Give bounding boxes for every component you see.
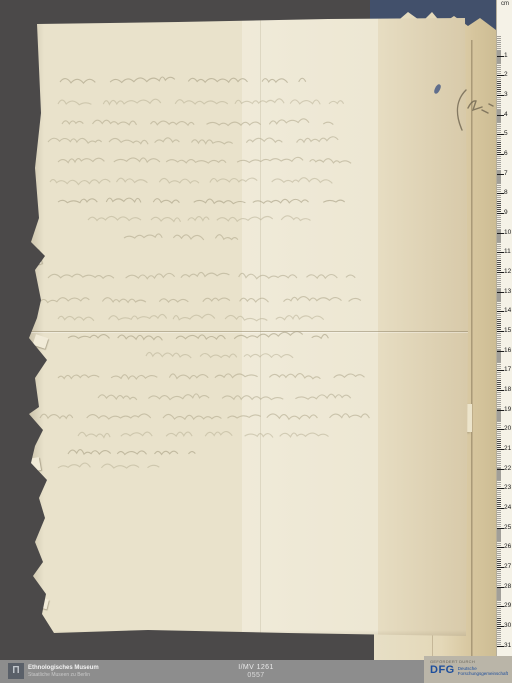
ruler-number: 13: [504, 289, 511, 295]
ruler-number: 8: [504, 190, 508, 196]
ruler-cm-tick: [497, 331, 504, 332]
ruler-cm-tick: [497, 351, 504, 352]
ruler-number: 25: [504, 525, 511, 531]
ruler-number: 3: [504, 92, 508, 98]
dfg-org-name: Deutsche Forschungsgemeinschaft: [458, 666, 510, 676]
ruler-cm-tick: [497, 233, 504, 234]
ruler-cm-tick: [497, 626, 504, 627]
ruler-number: 16: [504, 348, 511, 354]
ruler-millimeter-ticks: [497, 36, 501, 647]
ruler-number: 6: [504, 151, 508, 157]
ruler-number: 30: [504, 623, 511, 629]
ruler-unit-label: cm: [501, 1, 509, 7]
ruler-number: 19: [504, 407, 511, 413]
ruler-number: 31: [504, 643, 511, 649]
ruler-number: 24: [504, 505, 511, 511]
ruler-number: 5: [504, 131, 508, 137]
ruler-cm-tick: [497, 469, 504, 470]
ruler-number: 1: [504, 53, 508, 59]
ruler-cm-tick: [497, 311, 504, 312]
ruler-cm-tick: [497, 370, 504, 371]
ruler-cm-tick: [497, 410, 504, 411]
ruler-cm-tick: [497, 567, 504, 568]
ruler-number: 29: [504, 603, 511, 609]
ruler-cm-tick: [497, 115, 504, 116]
ruler-number: 4: [504, 112, 508, 118]
ruler-cm-tick: [497, 587, 504, 588]
dfg-funding-block: GEFÖRDERT DURCH DFG Deutsche Forschungsg…: [424, 656, 512, 683]
letter-page-verso: [28, 16, 472, 640]
ruler-number: 15: [504, 328, 511, 334]
ruler-cm-tick: [497, 272, 504, 273]
ruler-cm-tick: [497, 429, 504, 430]
ruler-number: 21: [504, 446, 511, 452]
ruler-cm-tick: [497, 174, 504, 175]
ruler-number: 2: [504, 72, 508, 78]
ruler-cm-tick: [497, 547, 504, 548]
ruler-number: 9: [504, 210, 508, 216]
ruler-number: 18: [504, 387, 511, 393]
ruler-cm-tick: [497, 213, 504, 214]
ruler-number: 22: [504, 466, 511, 472]
ruler-cm-tick: [497, 292, 504, 293]
ruler-cm-tick: [497, 449, 504, 450]
measurement-ruler: cm 1234567891011121314151617181920212223…: [496, 0, 512, 660]
handwriting-ghost-showthrough: [28, 16, 472, 640]
ruler-cm-tick: [497, 252, 504, 253]
dfg-logo: DFG: [430, 665, 455, 676]
ruler-cm-tick: [497, 95, 504, 96]
ruler-number: 23: [504, 485, 511, 491]
ruler-number: 7: [504, 171, 508, 177]
ruler-cm-tick: [497, 646, 504, 647]
ruler-cm-tick: [497, 390, 504, 391]
ruler-cm-tick: [497, 75, 504, 76]
ruler-number: 26: [504, 544, 511, 550]
ruler-cm-tick: [497, 488, 504, 489]
torn-paper-flap: [27, 249, 42, 266]
ruler-number: 20: [504, 426, 511, 432]
ruler-cm-tick: [497, 606, 504, 607]
ruler-number: 12: [504, 269, 511, 275]
ruler-number: 14: [504, 308, 511, 314]
ruler-cm-tick: [497, 56, 504, 57]
ruler-number: 28: [504, 584, 511, 590]
backing-sheet-edge: [471, 40, 473, 660]
ruler-number: 10: [504, 230, 511, 236]
ruler-number: 17: [504, 367, 511, 373]
ruler-number: 11: [504, 249, 511, 255]
document-scan: cm 1234567891011121314151617181920212223…: [0, 0, 512, 683]
ruler-cm-tick: [497, 134, 504, 135]
ruler-number: 27: [504, 564, 511, 570]
ruler-cm-tick: [497, 528, 504, 529]
ruler-cm-tick: [497, 193, 504, 194]
ruler-cm-tick: [497, 154, 504, 155]
ruler-cm-tick: [497, 508, 504, 509]
